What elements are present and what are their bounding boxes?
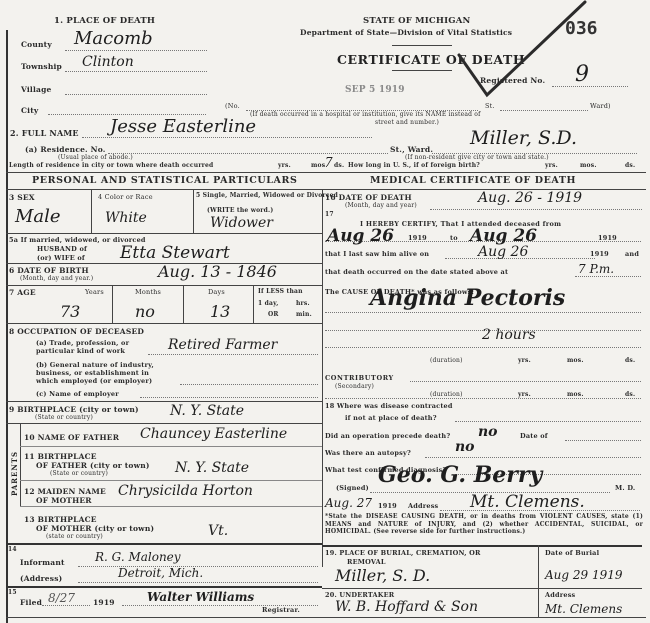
- death-certificate: 1. PLACE OF DEATH County Macomb Township…: [0, 0, 650, 623]
- color-value: White: [105, 210, 147, 226]
- operation-value: no: [478, 424, 498, 440]
- parents-label: PARENTS: [10, 451, 19, 496]
- duration-value: 2 hours: [482, 327, 536, 343]
- age-years: 73: [60, 302, 80, 321]
- filed-date: 8/27: [48, 591, 75, 605]
- cause-of-death: Angina Pectoris: [370, 285, 565, 311]
- mother-birthplace: Vt.: [208, 523, 228, 539]
- dob-value: Aug. 13 - 1846: [158, 262, 277, 281]
- registrar-signature: Walter Williams: [147, 590, 254, 604]
- informant-name: R. G. Maloney: [95, 550, 181, 564]
- full-name-label: 2. FULL NAME: [10, 128, 79, 138]
- footnote: *State the DISEASE CAUSING DEATH, or in …: [325, 513, 643, 536]
- age-days: 13: [210, 302, 230, 321]
- foreign-birth-label: How long in U. S., if of foreign birth?: [348, 162, 480, 169]
- attended-from: Aug 26: [327, 226, 394, 246]
- spouse-value: Etta Stewart: [120, 243, 230, 263]
- checkmark-icon: [455, 0, 595, 105]
- father-birthplace: N. Y. State: [175, 460, 249, 476]
- county-value: Macomb: [74, 28, 153, 49]
- village-label: Village: [21, 85, 52, 94]
- marital-value: Widower: [210, 215, 273, 231]
- father-name: Chauncey Easterline: [140, 426, 287, 442]
- residence-sublabel: (Usual place of abode.): [58, 154, 133, 161]
- date-of-death: Aug. 26 - 1919: [478, 190, 582, 206]
- informant-address: Detroit, Mich.: [118, 566, 203, 580]
- attended-to: Aug 26: [470, 226, 537, 246]
- birthplace-value: N. Y. State: [170, 403, 244, 419]
- autopsy-value: no: [455, 439, 475, 455]
- center-divider: [322, 189, 323, 567]
- place-of-death-heading: 1. PLACE OF DEATH: [54, 16, 155, 26]
- medical-heading: MEDICAL CERTIFICATE OF DEATH: [370, 175, 576, 186]
- residence-value: Miller, S.D.: [470, 127, 577, 149]
- residence-months: 7: [325, 155, 333, 169]
- no-label: (No.: [225, 102, 240, 110]
- last-saw-date: Aug 26: [478, 244, 528, 260]
- st-ward-label: St., Ward.: [390, 145, 433, 154]
- length-of-residence-label: Length of residence in city or town wher…: [9, 162, 213, 169]
- mother-name: Chrysicilda Horton: [118, 483, 253, 499]
- filed-year: 1919: [93, 598, 115, 607]
- township-value: Clinton: [82, 54, 134, 70]
- date-stamp: SEP 5 1919: [345, 85, 405, 95]
- age-months: no: [135, 302, 155, 321]
- undertaker-address: Mt. Clemens: [545, 602, 622, 616]
- signed-date: Aug. 27: [325, 496, 372, 510]
- physician-address: Mt. Clemens.: [470, 492, 585, 512]
- nonresident-note: (If non-resident give city or town and s…: [405, 154, 549, 161]
- physician-signature: Geo. G. Berry: [378, 462, 542, 488]
- sex-value: Male: [15, 206, 61, 227]
- left-border: [6, 30, 8, 623]
- county-label: County: [21, 40, 52, 49]
- hospital-note: (If death occurred in a hospital or inst…: [250, 111, 481, 118]
- burial-date: Aug 29 1919: [545, 568, 623, 582]
- occupation-value: Retired Farmer: [168, 337, 277, 353]
- undertaker-name: W. B. Hoffard & Son: [335, 599, 478, 615]
- city-label: City: [21, 106, 38, 115]
- burial-place: Miller, S. D.: [335, 566, 430, 585]
- township-label: Township: [21, 62, 62, 71]
- time-of-death: 7 P.m.: [578, 262, 614, 276]
- residence-label: (a) Residence. No.: [25, 145, 106, 154]
- full-name-value: Jesse Easterline: [110, 116, 256, 137]
- hospital-note-2: street and number.): [375, 119, 439, 126]
- personal-heading: PERSONAL AND STATISTICAL PARTICULARS: [32, 175, 297, 186]
